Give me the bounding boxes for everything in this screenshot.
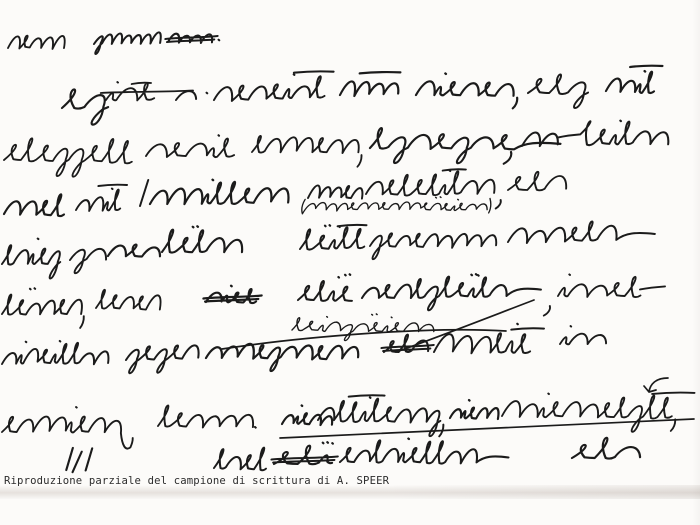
word-c	[176, 91, 197, 100]
word-gegen	[125, 345, 200, 373]
word-vorl	[214, 448, 268, 471]
word-million	[150, 180, 291, 205]
handwriting-line-4	[4, 169, 568, 216]
handwriting-sample	[0, 0, 700, 525]
word-indu-	[558, 274, 666, 297]
word-von	[108, 245, 161, 257]
word-mehr	[308, 185, 363, 198]
word-striellen	[2, 341, 110, 364]
word-auswirkung	[0, 407, 136, 449]
word-scribble	[93, 32, 161, 54]
word-intelligenz-	[316, 395, 446, 436]
word-der-struck	[381, 335, 435, 352]
word-mit	[76, 185, 127, 211]
word-period	[218, 40, 219, 41]
word-comma	[496, 200, 501, 209]
word-die	[298, 274, 355, 301]
word-und	[4, 194, 66, 216]
word-so	[69, 249, 108, 273]
word-eins	[140, 180, 148, 206]
word-comma-tall	[504, 152, 512, 164]
word-im	[560, 326, 608, 344]
word-welt	[434, 324, 545, 354]
handwriting-line-8	[0, 393, 694, 449]
arrow-mark	[644, 378, 668, 392]
handwriting-line-2	[60, 66, 662, 125]
word-nun	[340, 72, 401, 96]
word-scheint	[214, 71, 334, 101]
word-entwicklung	[340, 439, 511, 464]
word-dot	[206, 93, 207, 94]
word-bevor	[96, 290, 162, 310]
word-sicher-	[415, 73, 520, 108]
handwriting-line-9	[66, 438, 642, 472]
word-sich	[203, 286, 263, 303]
word-die-struck	[271, 442, 339, 464]
word-es	[60, 90, 110, 125]
word-ist	[100, 82, 194, 100]
insertion-underline	[222, 330, 506, 349]
word-schwerfällig-	[361, 274, 543, 310]
word-doppelt	[2, 138, 134, 176]
word-köln	[162, 226, 245, 252]
word-daß	[526, 75, 590, 108]
word-hätte	[300, 225, 367, 250]
word-kamen-	[158, 406, 258, 428]
word-vom	[8, 36, 66, 49]
scan-page: Riproduzione parziale del campione di sc…	[0, 0, 700, 525]
word-panzern-	[250, 136, 363, 167]
word-comma-tall-2	[544, 306, 550, 316]
word-einschub-klein	[291, 314, 436, 341]
word-mit	[606, 66, 663, 93]
word-eins-strich-eins	[66, 448, 92, 472]
word-werden	[508, 221, 656, 243]
word-der	[508, 172, 568, 191]
handwriting-line-6	[1, 274, 667, 340]
handwriting-line-3	[2, 121, 670, 177]
word-seine-2	[450, 400, 500, 419]
caption-text: Riproduzione parziale del campione di sc…	[4, 475, 389, 487]
word-im-bereich-des-moeglichen	[301, 197, 491, 214]
word-scratched-word	[165, 34, 218, 43]
word-können-	[1, 288, 87, 328]
word-gewonnen	[369, 233, 498, 259]
handwriting-line-1	[8, 32, 220, 54]
word-soviel	[146, 135, 236, 157]
word-krieg	[0, 239, 62, 279]
word-der-2	[572, 438, 642, 459]
handwriting-line-7	[2, 324, 608, 374]
word-soldaten	[366, 169, 497, 195]
handwriting-line-5	[0, 221, 656, 278]
